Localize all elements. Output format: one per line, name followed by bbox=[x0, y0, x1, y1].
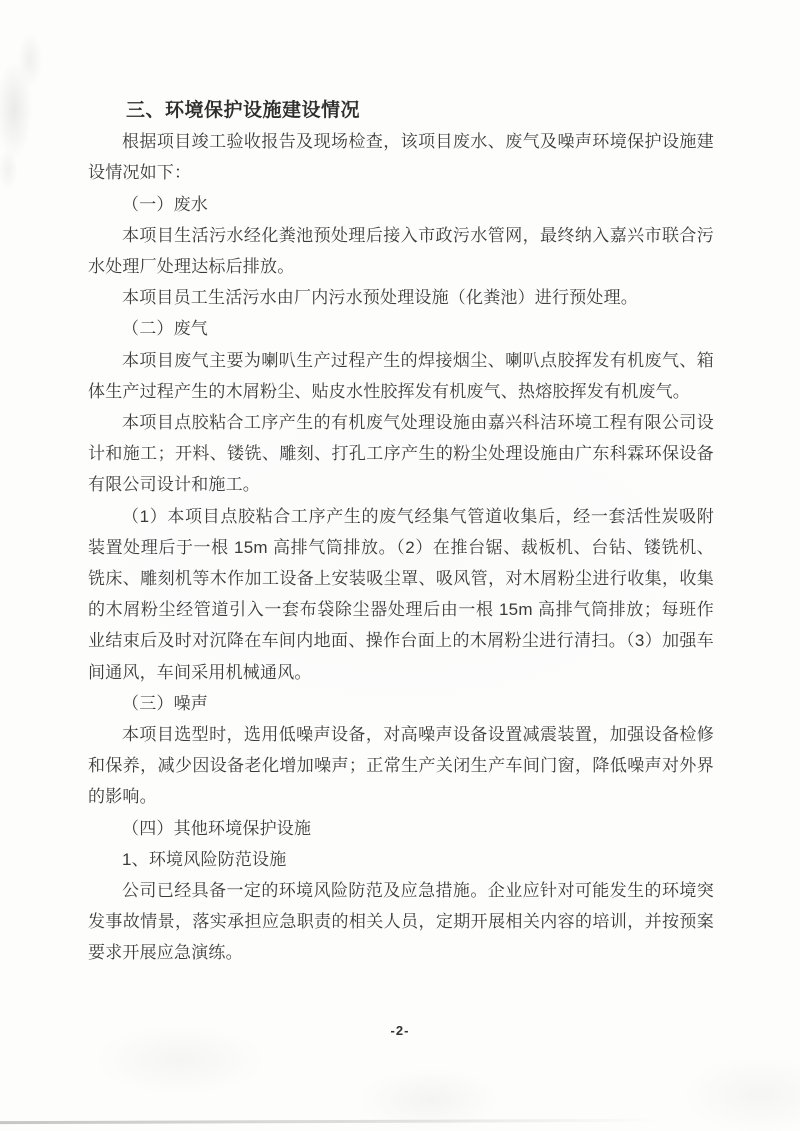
subsection-title-wastewater: （一）废水 bbox=[88, 189, 714, 220]
document-body: 三、环境保护设施建设情况 根据项目竣工验收报告及现场检查，该项目废水、废气及噪声… bbox=[88, 95, 714, 969]
paragraph-intro: 根据项目竣工验收报告及现场检查，该项目废水、废气及噪声环境保护设施建设情况如下： bbox=[88, 126, 714, 188]
page-number: -2- bbox=[0, 1023, 800, 1038]
paper-bottom-edge bbox=[0, 1119, 660, 1124]
subsection-title-risk: 1、环境风险防范设施 bbox=[88, 844, 714, 875]
paragraph-risk-1: 公司已经具备一定的环境风险防范及应急措施。企业应针对可能发生的环境突发事故情景，… bbox=[88, 875, 714, 969]
document-page: { "colors": { "paper": "#fdfdfc", "text"… bbox=[0, 0, 800, 1131]
subsection-title-other: （四）其他环境保护设施 bbox=[88, 813, 714, 844]
paragraph-wastegas-1: 本项目废气主要为喇叭生产过程产生的焊接烟尘、喇叭点胶挥发有机废气、箱体生产过程产… bbox=[88, 345, 714, 407]
paragraph-wastewater-1: 本项目生活污水经化粪池预处理后接入市政污水管网，最终纳入嘉兴市联合污水处理厂处理… bbox=[88, 220, 714, 282]
paragraph-wastegas-3: （1）本项目点胶粘合工序产生的废气经集气管道收集后，经一套活性炭吸附装置处理后于… bbox=[88, 501, 714, 688]
subsection-title-wastegas: （二）废气 bbox=[88, 313, 714, 344]
paragraph-wastewater-2: 本项目员工生活污水由厂内污水预处理设施（化粪池）进行预处理。 bbox=[88, 282, 714, 313]
subsection-title-noise: （三）噪声 bbox=[88, 688, 714, 719]
section-heading: 三、环境保护设施建设情况 bbox=[88, 95, 714, 126]
paragraph-noise-1: 本项目选型时，选用低噪声设备，对高噪声设备设置减震装置，加强设备检修和保养，减少… bbox=[88, 719, 714, 813]
paragraph-wastegas-2: 本项目点胶粘合工序产生的有机废气处理设施由嘉兴科洁环境工程有限公司设计和施工；开… bbox=[88, 407, 714, 501]
